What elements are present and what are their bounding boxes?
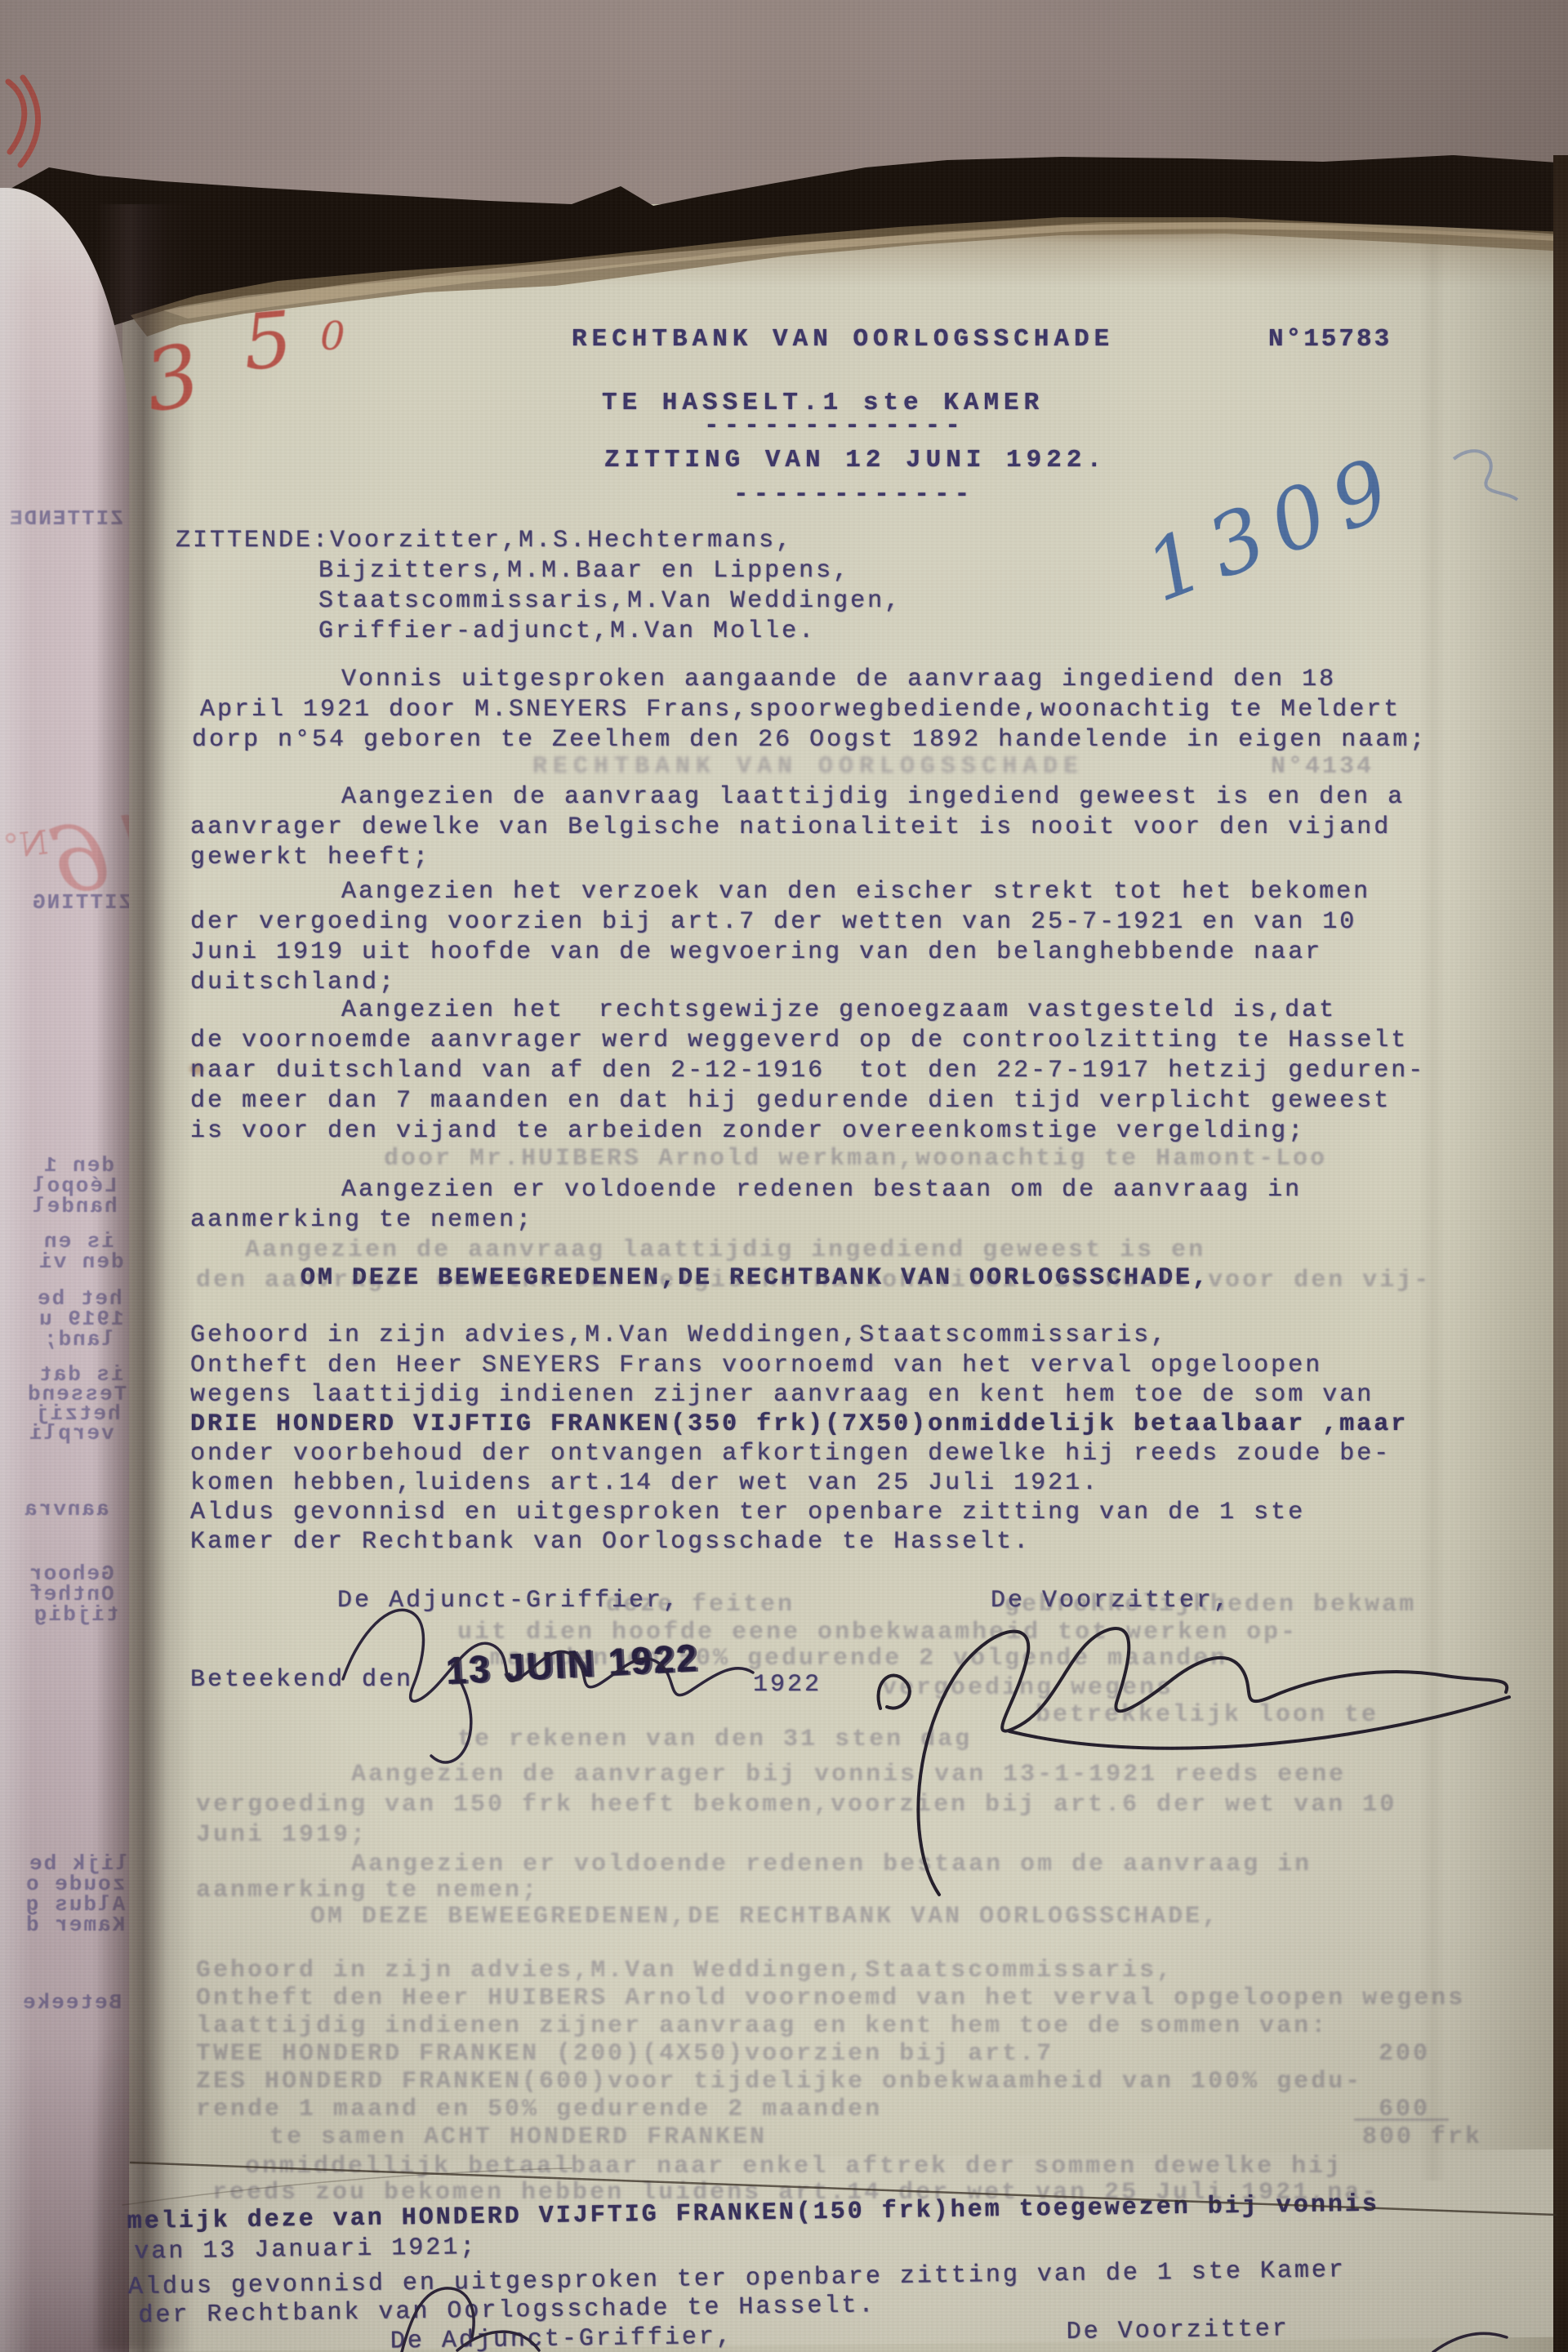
red-edge-scribbles <box>8 78 38 165</box>
signature-voorzitter <box>878 1628 1509 1895</box>
signature-partials-bottom <box>402 2288 1507 2352</box>
ink-overlay <box>0 0 1568 2352</box>
sheet-seam-lines <box>122 2163 1556 2215</box>
signature-adjunct-griffier <box>343 1610 753 1762</box>
blue-squiggle <box>1454 451 1517 500</box>
document-photo: ZITTENDEZITTINGden 1Léopolhandelis enden… <box>0 0 1568 2352</box>
